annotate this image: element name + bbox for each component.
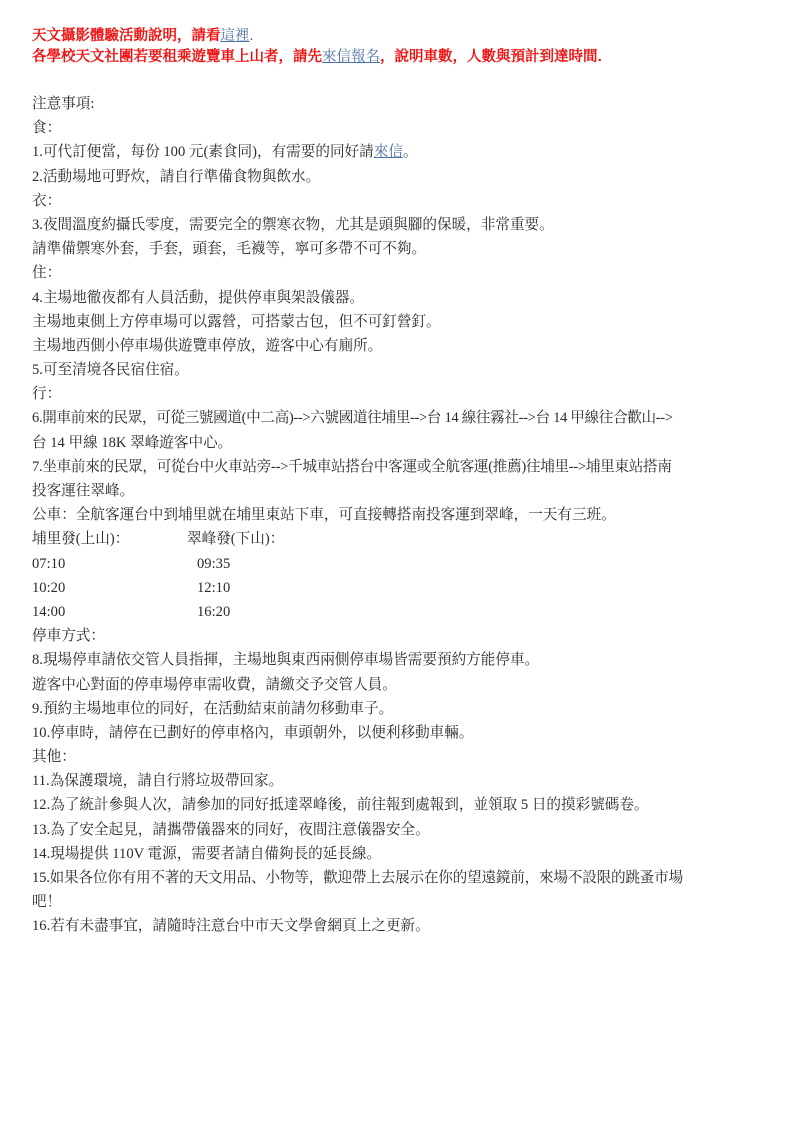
notice-photo-activity: 天文攝影體驗活動說明，請看這裡. (32, 26, 772, 47)
other-item-15: 15.如果各位你有用不著的天文用品、小物等，歡迎帶上去展示在你的望遠鏡前，來場不… (32, 866, 772, 890)
here-link[interactable]: 這裡 (221, 28, 250, 44)
notice-text: . (250, 28, 254, 44)
clothing-item-3-cont: 請準備禦寒外套，手套，頭套，毛襪等，寧可多帶不可不夠。 (32, 237, 772, 261)
other-item-14: 14.現場提供 110V 電源，需要者請自備夠長的延長線。 (32, 842, 772, 866)
transport-item-6-cont: 台 14 甲線 18K 翠峰遊客中心。 (32, 431, 772, 455)
notes-section: 注意事項: 食： 1.可代訂便當，每份 100 元(素食同)，有需要的同好請來信… (32, 92, 772, 939)
puli-time: 07:10 (32, 552, 187, 576)
parking-item-8-cont: 遊客中心對面的停車場停車需收費，請繳交予交管人員。 (32, 673, 772, 697)
transport-item-6: 6.開車前來的民眾，可從三號國道(中二高)-->六號國道往埔里-->台 14 線… (32, 406, 772, 430)
document-page: 天文攝影體驗活動說明，請看這裡. 各學校天文社團若要租乘遊覽車上山者，請先來信報… (32, 26, 772, 939)
cuifeng-departure-header: 翠峰發(下山)： (187, 527, 387, 551)
parking-item-10: 10.停車時，請停在已劃好的停車格內，車頭朝外，以便利移動車輛。 (32, 721, 772, 745)
clothing-item-3: 3.夜間溫度約攝氏零度，需要完全的禦寒衣物，尤其是頭與腳的保暖，非常重要。 (32, 213, 772, 237)
cuifeng-time: 16:20 (187, 600, 387, 624)
lodging-item-4-cont-1: 主場地東側上方停車場可以露營，可搭蒙古包，但不可釘營釘。 (32, 310, 772, 334)
other-item-15-cont: 吧！ (32, 890, 772, 914)
parking-label: 停車方式： (32, 624, 772, 648)
cuifeng-time: 12:10 (187, 576, 387, 600)
bus-schedule-header: 埔里發(上山)： 翠峰發(下山)： (32, 527, 772, 551)
puli-departure-header: 埔里發(上山)： (32, 527, 187, 551)
puli-time: 14:00 (32, 600, 187, 624)
bus-schedule-row: 07:10 09:35 (32, 552, 772, 576)
item-text: 1.可代訂便當，每份 100 元(素食同)，有需要的同好請 (32, 144, 374, 160)
food-item-1: 1.可代訂便當，每份 100 元(素食同)，有需要的同好請來信。 (32, 140, 772, 164)
spacer (32, 68, 772, 92)
clothing-label: 衣： (32, 189, 772, 213)
notice-text: ，說明車數，人數與預計到達時間． (380, 49, 612, 65)
parking-item-8: 8.現場停車請依交管人員指揮，主場地與東西兩側停車場皆需要預約方能停車。 (32, 648, 772, 672)
lodging-item-4: 4.主場地徹夜都有人員活動，提供停車與架設儀器。 (32, 286, 772, 310)
other-label: 其他： (32, 745, 772, 769)
notice-text: 各學校天文社團若要租乘遊覽車上山者，請先 (32, 49, 322, 65)
bus-schedule-row: 14:00 16:20 (32, 600, 772, 624)
puli-time: 10:20 (32, 576, 187, 600)
parking-item-9: 9.預約主場地車位的同好，在活動結束前請勿移動車子。 (32, 697, 772, 721)
cuifeng-time: 09:35 (187, 552, 387, 576)
notice-text: 天文攝影體驗活動說明，請看 (32, 28, 221, 44)
register-by-mail-link[interactable]: 來信報名 (322, 49, 380, 65)
bus-note: 公車：全航客運台中到埔里就在埔里東站下車，可直接轉搭南投客運到翠峰，一天有三班。 (32, 503, 772, 527)
other-item-13: 13.為了安全起見，請攜帶儀器來的同好，夜間注意儀器安全。 (32, 818, 772, 842)
transport-item-7-cont: 投客運往翠峰。 (32, 479, 772, 503)
bus-schedule-row: 10:20 12:10 (32, 576, 772, 600)
other-item-11: 11.為保護環境，請自行將垃圾帶回家。 (32, 769, 772, 793)
transport-item-7: 7.坐車前來的民眾，可從台中火車站旁-->千城車站搭台中客運或全航客運(推薦)往… (32, 455, 772, 479)
other-item-12: 12.為了統計參與人次，請參加的同好抵達翠峰後，前往報到處報到，並領取 5 日的… (32, 793, 772, 817)
other-item-16: 16.若有未盡事宜，請隨時注意台中市天文學會網頁上之更新。 (32, 914, 772, 938)
notice-block: 天文攝影體驗活動說明，請看這裡. 各學校天文社團若要租乘遊覽車上山者，請先來信報… (32, 26, 772, 68)
food-label: 食： (32, 116, 772, 140)
notice-school-bus: 各學校天文社團若要租乘遊覽車上山者，請先來信報名，說明車數，人數與預計到達時間． (32, 47, 772, 68)
transport-label: 行： (32, 382, 772, 406)
item-text: 。 (403, 144, 418, 160)
lodging-label: 住： (32, 261, 772, 285)
section-heading: 注意事項: (32, 92, 772, 116)
lodging-item-4-cont-2: 主場地西側小停車場供遊覽車停放，遊客中心有廁所。 (32, 334, 772, 358)
food-item-2: 2.活動場地可野炊，請自行準備食物與飲水。 (32, 165, 772, 189)
contact-link[interactable]: 來信 (374, 144, 403, 160)
lodging-item-5: 5.可至清境各民宿住宿。 (32, 358, 772, 382)
